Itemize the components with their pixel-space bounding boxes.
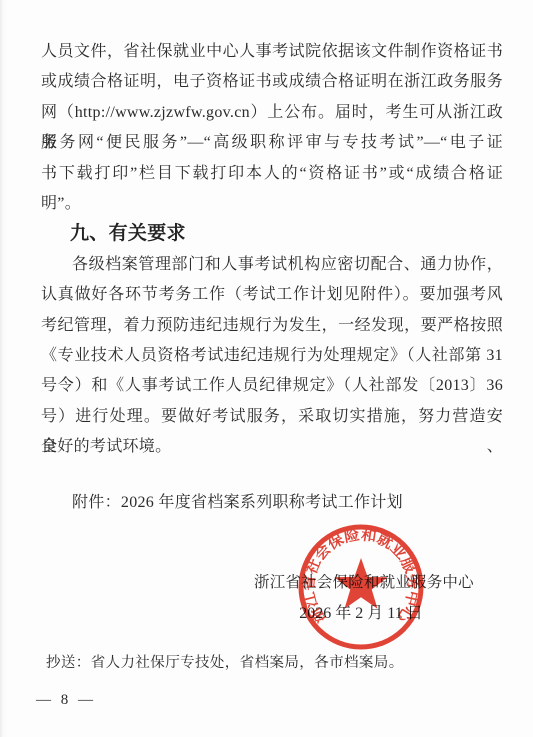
body-line: 或成绩合格证明，电子资格证书或成绩合格证明在浙江政务服务 — [41, 67, 503, 97]
body-line: 《专业技术人员资格考试违纪违规行为处理规定》（人社部第 31 — [41, 341, 503, 371]
body-line: 明”。 — [41, 189, 503, 219]
document-page: 人员文件，省社保就业中心人事考试院依据该文件制作资格证书 或成绩合格证明，电子资… — [0, 0, 533, 737]
document-body: 人员文件，省社保就业中心人事考试院依据该文件制作资格证书 或成绩合格证明，电子资… — [41, 37, 503, 519]
official-seal: 浙江省社会保险和就业服务中心 — [296, 522, 426, 652]
body-line: 人员文件，省社保就业中心人事考试院依据该文件制作资格证书 — [41, 37, 503, 67]
body-line: 网（http://www.zjzwfw.gov.cn）上公布。届时，考生可从浙江… — [41, 98, 503, 128]
body-line: 各级档案管理部门和人事考试机构应密切配合、通力协作， — [41, 250, 503, 280]
body-line: 号令）和《人事考试工作人员纪律规定》（人社部发〔2013〕36 — [41, 371, 503, 401]
body-line: 书下载打印”栏目下载打印本人的“资格证书”或“成绩合格证 — [41, 159, 503, 189]
page-number: — 8 — — [36, 692, 96, 709]
body-line: 号）进行处理。要做好考试服务，采取切实措施，努力营造安全、 — [41, 402, 503, 432]
body-line: 考纪管理，着力预防违纪违规行为发生，一经发现，要严格按照 — [41, 311, 503, 341]
attachment-line: 附件：2026 年度省档案系列职称考试工作计划 — [41, 488, 503, 518]
seal-star-icon — [334, 558, 387, 609]
section-heading: 九、有关要求 — [41, 219, 503, 249]
body-line: 认真做好各环节考务工作（考试工作计划见附件）。要加强考风 — [41, 280, 503, 310]
body-line: 服务网“便民服务”—“高级职称评审与专技考试”—“电子证 — [41, 128, 503, 158]
cc-line: 抄送：省人力社保厅专技处，省档案局，各市档案局。 — [46, 653, 404, 673]
